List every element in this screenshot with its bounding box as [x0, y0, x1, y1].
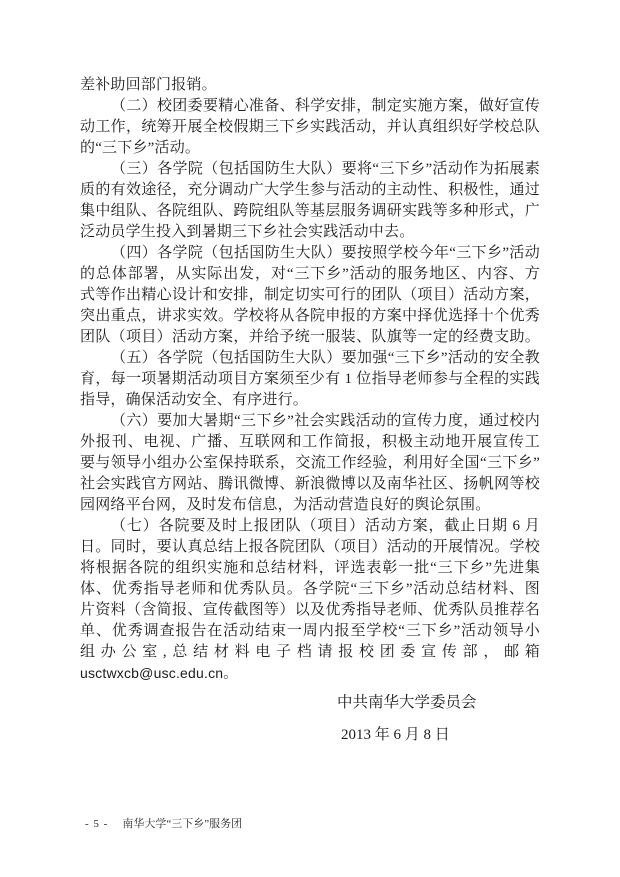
text-line: 日。同时，要认真总结上报各院团队（项目）活动的开展情况。学校 [80, 537, 540, 558]
text-line: 式等作出精心设计和安排，制定切实可行的团队（项目）活动方案， [80, 285, 540, 306]
text-line: 动工作，统筹开展全校假期三下乡实践活动，并认真组织好学校总队 [80, 117, 540, 138]
text-line: 体、优秀指导老师和优秀队员。各学院“三下乡”活动总结材料、图 [80, 579, 540, 600]
document-body: 差补助回部门报销。（二）校团委要精心准备、科学安排，制定实施方案，做好宣传发动工… [80, 75, 540, 684]
signature-date: 2013 年 6 月 8 日 [341, 726, 450, 744]
text-line: 的“三下乡”活动。 [80, 138, 540, 159]
text-line: （六）要加大暑期“三下乡”社会实践活动的宣传力度，通过校内 [80, 411, 540, 432]
text-line: （七）各院要及时上报团队（项目）活动方案，截止日期 6 月 25 [80, 516, 540, 537]
text-line: （二）校团委要精心准备、科学安排，制定实施方案，做好宣传发 [80, 96, 540, 117]
text-line: 指导，确保活动安全、有序进行。 [80, 390, 540, 411]
text-line: 质的有效途径，充分调动广大学生参与活动的主动性、积极性，通过 [80, 180, 540, 201]
text-line: （四）各学院（包括国防生大队）要按照学校今年“三下乡”活动 [80, 243, 540, 264]
text-line: 将根据各院的组织实施和总结材料，评选表彰一批“三下乡”先进集 [80, 558, 540, 579]
text-line: 团队（项目）活动方案，并给予统一服装、队旗等一定的经费支助。 [80, 327, 540, 348]
footer-page-number: - 5 - [85, 818, 108, 830]
signature-organization: 中共南华大学委员会 [337, 694, 477, 712]
text-line: 社会实践官方网站、腾讯微博、新浪微博以及南华社区、扬帆网等校 [80, 474, 540, 495]
text-line: 育，每一项暑期活动项目方案须至少有 1 位指导老师参与全程的实践 [80, 369, 540, 390]
text-line: 突出重点，讲求实效。学校将从各院申报的方案中择优选择十个优秀 [80, 306, 540, 327]
text-line: usctwxcb@usc.edu.cn。 [80, 663, 540, 684]
text-line: 集中组队、各院组队、跨院组队等基层服务调研实践等多种形式，广 [80, 201, 540, 222]
text-line: 园网络平台网，及时发布信息，为活动营造良好的舆论氛围。 [80, 495, 540, 516]
text-line: 差补助回部门报销。 [80, 75, 540, 96]
text-line: 外报刊、电视、广播、互联网和工作简报，积极主动地开展宣传工作。 [80, 432, 540, 453]
page-footer: - 5 -南华大学“三下乡”服务团 [85, 818, 242, 831]
document-page: 差补助回部门报销。（二）校团委要精心准备、科学安排，制定实施方案，做好宣传发动工… [0, 0, 620, 877]
text-line: 片资料（含简报、宣传截图等）以及优秀指导老师、优秀队员推荐名 [80, 600, 540, 621]
text-line: （五）各学院（包括国防生大队）要加强“三下乡”活动的安全教 [80, 348, 540, 369]
text-line: 泛动员学生投入到暑期三下乡社会实践活动中去。 [80, 222, 540, 243]
text-line: 组办公室,总结材料电子档请报校团委宣传部，邮箱 [80, 642, 540, 663]
text-line: 单、优秀调查报告在活动结束一周内报至学校“三下乡”活动领导小 [80, 621, 540, 642]
text-line: 要与领导小组办公室保持联系，交流工作经验，利用好全国“三下乡” [80, 453, 540, 474]
text-line: （三）各学院（包括国防生大队）要将“三下乡”活动作为拓展素 [80, 159, 540, 180]
text-line: 的总体部署，从实际出发，对“三下乡”活动的服务地区、内容、方 [80, 264, 540, 285]
footer-label: 南华大学“三下乡”服务团 [122, 818, 242, 830]
